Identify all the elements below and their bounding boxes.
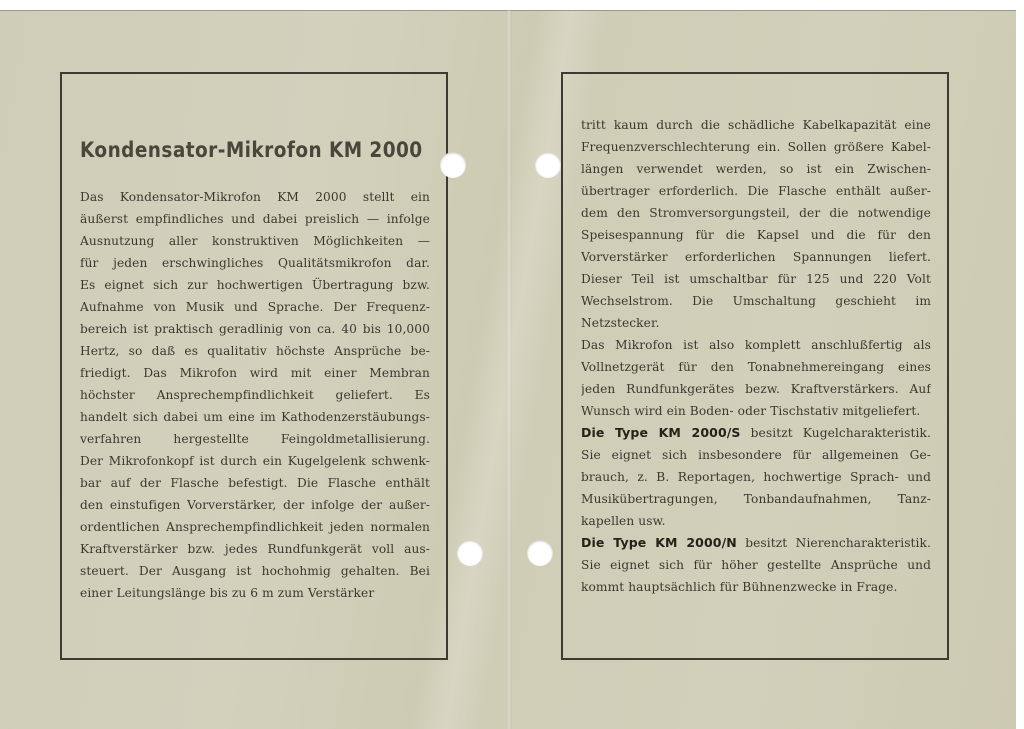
text-line: bar auf der Flasche befestigt. Die Flasc…: [80, 472, 430, 494]
text-line: Es eignet sich zur hochwertigen Übertrag…: [80, 274, 430, 296]
left-page-frame: Kondensator-Mikrofon KM 2000 Das Kondens…: [60, 72, 448, 660]
text-line: übertrager erforderlich. Die Flasche ent…: [581, 180, 931, 202]
text-line: Frequenzverschlechterung ein. Sollen grö…: [581, 136, 931, 158]
text-line: brauch, z. B. Reportagen, hochwertige Sp…: [581, 466, 931, 488]
text-line: Hertz, so daß es qualitativ höchste Ansp…: [80, 340, 430, 362]
text-line: Wechselstrom. Die Umschaltung geschieht …: [581, 290, 931, 312]
type-label: Die Type KM 2000/N: [581, 535, 737, 550]
center-fold: [506, 10, 512, 729]
text-line: einer Leitungslänge bis zu 6 m zum Verst…: [80, 582, 430, 604]
text-line: Vollnetzgerät für den Tonabnehmereingang…: [581, 356, 931, 378]
text-line: für jeden erschwingliches Qualitätsmikro…: [80, 252, 430, 274]
type-description: besitzt Nierencharakteristik.: [737, 536, 931, 550]
punch-hole: [440, 152, 466, 178]
text-line: äußerst empfindliches und dabei preislic…: [80, 208, 430, 230]
text-line: Wunsch wird ein Boden- oder Tischstativ …: [581, 400, 931, 422]
text-line: ordentlichen Ansprechempfindlichkeit jed…: [80, 516, 430, 538]
right-page-text: tritt kaum durch die schädliche Kabelkap…: [581, 114, 931, 598]
type-label: Die Type KM 2000/S: [581, 425, 741, 440]
text-line: friedigt. Das Mikrofon wird mit einer Me…: [80, 362, 430, 384]
type-description: besitzt Kugelcharakteristik.: [741, 426, 931, 440]
document-title: Kondensator-Mikrofon KM 2000: [80, 138, 390, 162]
text-line: höchster Ansprechempfindlichkeit geliefe…: [80, 384, 430, 406]
text-line: jeden Rundfunkgerätes bezw. Kraftverstär…: [581, 378, 931, 400]
text-line: bereich ist praktisch geradlinig von ca.…: [80, 318, 430, 340]
text-line: Dieser Teil ist umschaltbar für 125 und …: [581, 268, 931, 290]
type-heading-line: Die Type KM 2000/S besitzt Kugelcharakte…: [581, 422, 931, 444]
text-line: Der Mikrofonkopf ist durch ein Kugelgele…: [80, 450, 430, 472]
text-line: dem den Stromversorgungsteil, der die no…: [581, 202, 931, 224]
punch-hole: [527, 540, 553, 566]
text-line: Vorverstärker erforderlichen Spannungen …: [581, 246, 931, 268]
text-line: kommt hauptsächlich für Bühnenzwecke in …: [581, 576, 931, 598]
text-line: Kraftverstärker bzw. jedes Rundfunkgerät…: [80, 538, 430, 560]
punch-hole: [535, 152, 561, 178]
text-line: steuert. Der Ausgang ist hochohmig gehal…: [80, 560, 430, 582]
text-line: den einstufigen Vorverstärker, der infol…: [80, 494, 430, 516]
type-heading-line: Die Type KM 2000/N besitzt Nierencharakt…: [581, 532, 931, 554]
text-line: Netzstecker.: [581, 312, 931, 334]
left-page-text: Das Kondensator-Mikrofon KM 2000 stellt …: [80, 186, 430, 604]
text-line: Sie eignet sich für höher gestellte Ansp…: [581, 554, 931, 576]
right-page-frame: tritt kaum durch die schädliche Kabelkap…: [561, 72, 949, 660]
text-line: Sie eignet sich insbesondere für allgeme…: [581, 444, 931, 466]
text-line: längen verwendet werden, so ist ein Zwis…: [581, 158, 931, 180]
text-line: handelt sich dabei um eine im Kathodenze…: [80, 406, 430, 428]
text-line: Das Kondensator-Mikrofon KM 2000 stellt …: [80, 186, 430, 208]
text-line: Musikübertragungen, Tonbandaufnahmen, Ta…: [581, 488, 931, 510]
text-line: Ausnutzung aller konstruktiven Möglichke…: [80, 230, 430, 252]
text-line: tritt kaum durch die schädliche Kabelkap…: [581, 114, 931, 136]
text-line: Speisespannung für die Kapsel und die fü…: [581, 224, 931, 246]
punch-hole: [457, 540, 483, 566]
text-line: kapellen usw.: [581, 510, 931, 532]
text-line: Das Mikrofon ist also komplett anschlußf…: [581, 334, 931, 356]
text-line: verfahren hergestellte Feingoldmetallisi…: [80, 428, 430, 450]
text-line: Aufnahme von Musik und Sprache. Der Freq…: [80, 296, 430, 318]
